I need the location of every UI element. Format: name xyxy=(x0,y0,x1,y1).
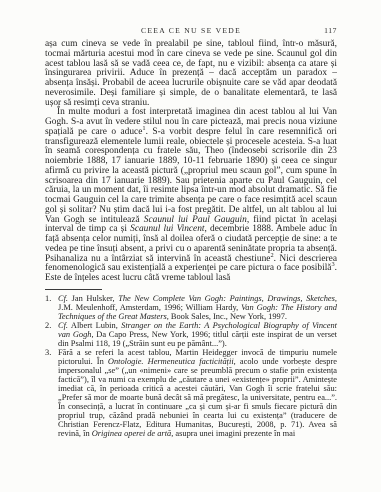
footnote-1-text: Cf. Jan Hulsker, The New Complete Van Go… xyxy=(58,294,337,321)
footnote-3-marker: 3. xyxy=(45,348,51,357)
footnote-2-text: Cf. Albert Lubin, Stranger on the Earth:… xyxy=(58,321,337,348)
text-block: așa cum cineva se vede în prealabil pe s… xyxy=(45,40,337,439)
footnotes-section: 1. Cf. Jan Hulsker, The New Complete Van… xyxy=(45,294,337,439)
footnote-separator xyxy=(45,289,102,290)
footnote-1: 1. Cf. Jan Hulsker, The New Complete Van… xyxy=(45,294,337,321)
running-title: CEEA CE NU SE VEDE xyxy=(45,26,337,35)
footnote-1-marker: 1. xyxy=(45,294,51,303)
paragraph-new: În multe moduri a fost interpretată imag… xyxy=(45,108,337,284)
footnote-3: 3. Fără a se referi la acest tablou, Mar… xyxy=(45,348,337,438)
book-page: CEEA CE NU SE VEDE 117 așa cum cineva se… xyxy=(0,0,381,492)
body-text: așa cum cineva se vede în prealabil pe s… xyxy=(45,40,337,284)
footnote-2-marker: 2. xyxy=(45,321,51,330)
page-number: 117 xyxy=(324,26,337,35)
footnote-2: 2. Cf. Albert Lubin, Stranger on the Ear… xyxy=(45,321,337,348)
footnote-3-text: Fără a se referi la acest tablou, Martin… xyxy=(58,348,337,438)
paragraph-continued: așa cum cineva se vede în prealabil pe s… xyxy=(45,40,337,108)
page-header: CEEA CE NU SE VEDE 117 xyxy=(45,26,337,37)
